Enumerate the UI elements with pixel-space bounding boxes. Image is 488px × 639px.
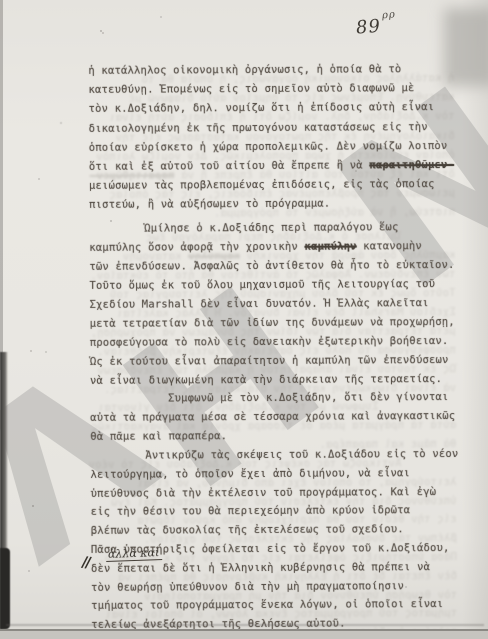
text-line: κατευθύνῃ. Ἑπομένως εἰς τὸ σημεῖον αὐτὸ …	[88, 82, 440, 103]
text-line: Συμφωνῶ μὲ τὸν κ.Δοξιάδην, ὅτι δὲν γίνον…	[90, 391, 442, 412]
text-segment: ὅτι καὶ ἐξ αὐτοῦ τοῦ αἰτίου θὰ ἔπρεπε ἢ …	[89, 159, 369, 172]
text-line: Ὡς ἐκ τούτου εἶναι ἀπαραίτητον ἡ καμπύλη…	[90, 354, 442, 375]
text-line: μετὰ τετραετίαν διὰ τῶν ἰδίων της δυνάμε…	[90, 316, 442, 337]
page-edge-bottom	[0, 629, 488, 639]
text-line: λειτούργημα, τὸ ὁποῖον ἔχει ἀπὸ διμήνου,…	[90, 467, 442, 488]
strikethrough-text: παραιτηθῶμεν-	[369, 159, 454, 171]
paper-right-shading	[462, 0, 488, 629]
text-line: τμήματος τοῦ προγράμματος ἕνεκα λόγων, ο…	[91, 598, 443, 619]
handwritten-insertion: ἀλλὰ καὶ	[106, 546, 163, 562]
page-number-superscript: ρρ	[382, 9, 397, 21]
text-line: Τοῦτο ὅμως ἐκ τοῦ ὅλου μηχανισμοῦ τῆς λε…	[89, 278, 441, 299]
text-line: βλέπων τὰς δυσκολίας τῆς ἐκτελέσεως τοῦ …	[91, 523, 443, 544]
page-edge-bottom-line	[6, 624, 484, 626]
text-line: τὸν κ.Δοξιάδην, δηλ. νομίζω ὅτι ἡ ἐπίδοσ…	[89, 101, 441, 122]
text-line: ἡ κατάλληλος οἰκονομικὴ ὀργάνωσις, ἡ ὁπο…	[88, 63, 440, 84]
text-line: Ἀντικρύζω τὰς σκέψεις τοῦ κ.Δοξιάδου εἰς…	[90, 448, 442, 469]
text-line: δικαιολογημένη ἐκ τῆς πρωτογόνου καταστά…	[89, 121, 441, 142]
page-number: 89	[355, 16, 382, 39]
text-segment: καμπύλης ὅσον ἀφορᾷ τὴν χρονικὴν	[89, 241, 304, 254]
text-line: ὁποίαν εὑρίσκετο ἡ χώρα προπολεμικῶς. Δὲ…	[89, 140, 441, 161]
text-line: δὲν ἕπεται δὲ ὅτι ἡ Ἑλληνικὴ κυβέρνησις …	[91, 561, 443, 582]
text-line: τῶν ἐπενδύσεων. Ἀσφαλῶς τὸ ἀντίθετον θὰ …	[89, 259, 441, 280]
page-edge-left-line	[0, 0, 3, 370]
text-line: ὑπεύθυνος διὰ τὴν ἐκτέλεσιν τοῦ προγράμμ…	[91, 486, 443, 507]
paragraph-2: Ὡμίλησε ὁ κ.Δοξιάδης περὶ παραλόγου ἕως …	[89, 221, 442, 394]
text-line: πιστεύω, ἢ νὰ αὐξήσωμεν τὸ πρόγραμμα.	[89, 197, 441, 218]
strikethrough-text: καμπύλην	[304, 241, 356, 253]
handwritten-page-number: 89ρρ	[355, 14, 395, 38]
text-line: μειώσωμεν τὰς προβλεπομένας ἐπιδόσεις, ε…	[89, 178, 441, 199]
text-line: καμπύλης ὅσον ἀφορᾷ τὴν χρονικὴν καμπύλη…	[89, 240, 441, 261]
scanned-document-page: Λ Η Ν ἡ κατάλληλος οἰκονομικὴ ὀργάνωσις,…	[0, 0, 488, 639]
text-line: αὐτὰ τὰ πράγματα μέσα σὲ τέσσαρα χρόνια …	[90, 410, 442, 431]
text-segment: κατανομὴν	[357, 240, 422, 252]
text-line: προσφεύγουσα τὸ πολὺ εἰς δανειακὴν ἐξωτε…	[90, 335, 442, 356]
paragraph-4: Ἀντικρύζω τὰς σκέψεις τοῦ κ.Δοξιάδου εἰς…	[90, 448, 443, 638]
paragraph-1: ἡ κατάλληλος οἰκονομικὴ ὀργάνωσις, ἡ ὁπο…	[88, 63, 441, 218]
text-line: Σχεδίου Marshall δὲν εἶναι δυνατόν. Ἡ Ἑλ…	[90, 297, 442, 318]
text-line: Ὡμίλησε ὁ κ.Δοξιάδης περὶ παραλόγου ἕως	[89, 221, 441, 242]
paper-specks	[100, 30, 102, 32]
text-line: ὅτι καὶ ἐξ αὐτοῦ τοῦ αἰτίου θὰ ἔπρεπε ἢ …	[89, 159, 441, 180]
paragraph-3: Συμφωνῶ μὲ τὸν κ.Δοξιάδην, ὅτι δὲν γίνον…	[90, 391, 442, 450]
page-edge-corner-shadow	[0, 548, 10, 629]
text-line: εἰς τὴν θέσιν του θὰ περιεχεόμην ἀπὸ κρύ…	[91, 504, 443, 525]
text-line: θὰ πᾶμε καὶ παραπέρα.	[90, 429, 442, 450]
text-line: τὸν θεωρήσῃ ὑπεύθυνον διὰ τὴν μὴ πραγματ…	[91, 580, 443, 601]
